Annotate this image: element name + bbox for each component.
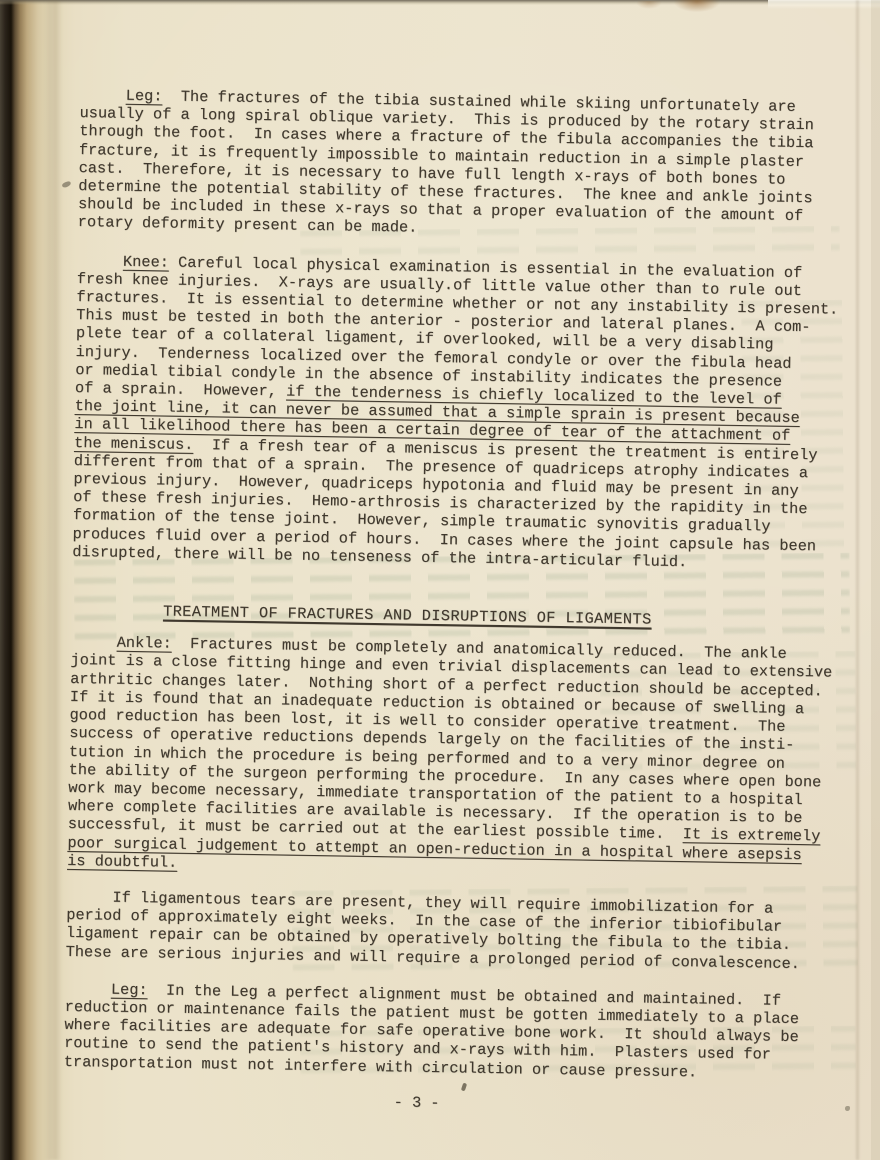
underlined-text-run: the meniscus. [74,434,194,454]
underlined-text-run: Leg: [111,980,148,999]
knee-examination-paragraph: Knee: Careful local physical examination… [72,252,869,575]
text-run [71,601,163,621]
page-top-edge [0,0,880,5]
text-run [80,86,126,105]
text-run [65,980,111,999]
document-text: Leg: The fractures of the tibia sustaine… [63,86,872,1119]
ink-speck [61,181,71,189]
scanned-document-page: Leg: The fractures of the tibia sustaine… [0,0,880,1160]
page-number: - 3 - [63,1088,855,1119]
text-run [71,633,117,652]
ankle-fractures-paragraph: Ankle: Fractures must be completely and … [67,633,863,883]
text-line: TREATMENT OF FRACTURES AND DISRUPTIONS O… [71,601,863,632]
leg-fractures-paragraph: Leg: The fractures of the tibia sustaine… [78,86,872,245]
text-run [63,1088,394,1111]
treatment-section-heading: TREATMENT OF FRACTURES AND DISRUPTIONS O… [71,601,863,632]
text-line: - 3 - [63,1088,855,1119]
underlined-text-run: Knee: [123,252,169,271]
text-run: - 3 - [394,1093,440,1112]
underlined-text-run: Ankle: [117,634,172,653]
page-top-edge-highlight [768,0,880,9]
text-run [77,252,123,271]
ligamentous-tears-paragraph: If ligamentous tears are present, they w… [65,888,858,974]
underlined-text-run: Leg: [126,87,163,106]
underlined-text-run: It is extremely [683,825,821,845]
paper-right-edge-tint [871,0,880,1160]
paper-crease [44,0,62,1160]
underlined-text-run: TREATMENT OF FRACTURES AND DISRUPTIONS O… [163,603,652,629]
underlined-text-run: is doubtful. [67,852,177,872]
leg-alignment-paragraph: Leg: In the Leg a perfect alignment must… [64,980,857,1084]
